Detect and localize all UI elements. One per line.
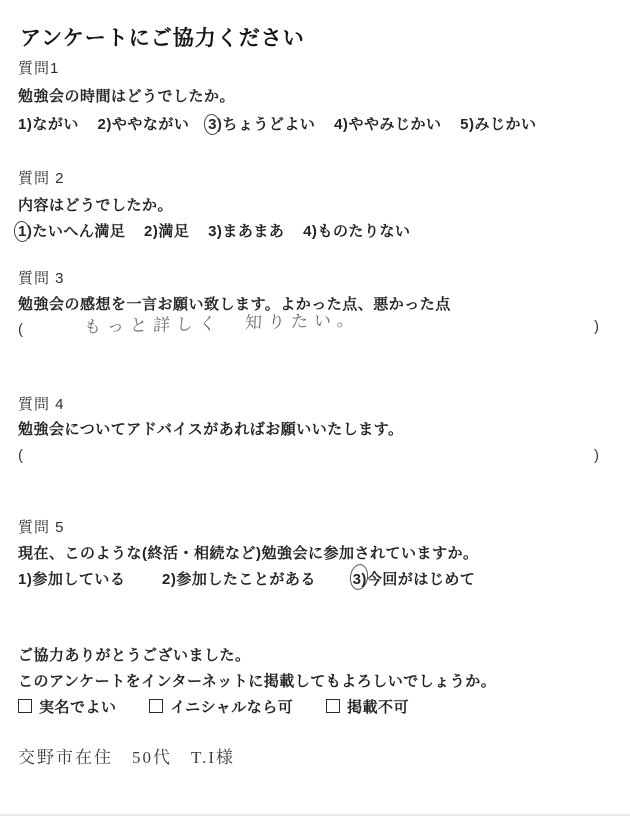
option-label: 満足 <box>158 223 189 240</box>
checkbox-label: 掲載不可 <box>347 699 409 716</box>
scan-edge-artifact <box>0 814 630 816</box>
q5-options: 1)参加している 2)参加したことがある 3)今回がはじめて <box>18 571 475 590</box>
option-number-circled: 3) <box>353 571 367 590</box>
option-label: 参加したことがある <box>176 571 316 588</box>
option-label: 参加している <box>32 571 125 588</box>
option-number: 2) <box>98 116 112 135</box>
publish-option-realname: 実名でよい <box>18 699 117 718</box>
q5-option-2: 2)参加したことがある <box>162 571 316 590</box>
open-paren: ( <box>18 321 24 338</box>
q5-label: 質問 5 <box>18 519 65 538</box>
option-label: ものたりない <box>317 223 410 240</box>
option-label: みじかい <box>474 116 536 133</box>
checkbox-icon <box>18 699 32 713</box>
publish-options: 実名でよい イニシャルなら可 掲載不可 <box>18 699 409 718</box>
option-number: 2) <box>144 223 158 242</box>
option-label: まあまあ <box>222 223 284 240</box>
q4-answer-row: ( ) <box>18 447 612 466</box>
option-number: 5) <box>460 116 474 135</box>
q2-option-1: 1)たいへん満足 <box>18 223 125 242</box>
q2-label: 質問 2 <box>18 170 65 189</box>
option-number: 1) <box>18 116 32 135</box>
checkbox-icon <box>326 699 340 713</box>
option-number: 4) <box>334 116 348 135</box>
q3-answer-row: ( もっと詳しく 知りたい。 ) <box>18 318 612 340</box>
q5-prompt: 現在、このような(終活・相続など)勉強会に参加されていますか。 <box>18 545 479 564</box>
option-number: 3) <box>208 223 222 242</box>
q2-option-4: 4)ものたりない <box>303 223 410 242</box>
option-label: ややみじかい <box>348 116 441 133</box>
publish-option-initials: イニシャルなら可 <box>149 699 293 718</box>
option-label: 今回がはじめて <box>367 571 476 588</box>
q1-label: 質問1 <box>18 60 59 79</box>
option-number-circled: 1) <box>18 223 32 242</box>
q5-option-1: 1)参加している <box>18 571 125 590</box>
q3-label: 質問 3 <box>18 270 65 289</box>
thanks-text: ご協力ありがとうございました。 <box>18 647 251 666</box>
option-number: 2) <box>162 571 176 590</box>
q2-options: 1)たいへん満足 2)満足 3)まあまあ 4)ものたりない <box>18 223 410 242</box>
scanned-questionnaire: アンケートにご協力ください 質問1 勉強会の時間はどうでしたか。 1)ながい 2… <box>0 0 630 820</box>
open-paren: ( <box>18 447 24 464</box>
respondent-signature: 交野市在住 50代 T.I様 <box>18 747 235 768</box>
q1-option-2: 2)ややながい <box>98 116 190 135</box>
q5-option-3: 3)今回がはじめて <box>353 571 476 590</box>
publish-option-nopublish: 掲載不可 <box>326 699 409 718</box>
checkbox-label: 実名でよい <box>39 699 117 716</box>
q2-option-3: 3)まあまあ <box>208 223 284 242</box>
option-label: ややながい <box>112 116 190 133</box>
checkbox-label: イニシャルなら可 <box>170 699 293 716</box>
q1-options: 1)ながい 2)ややながい 3)ちょうどよい 4)ややみじかい 5)みじかい <box>18 116 536 135</box>
close-paren: ) <box>594 318 600 337</box>
q2-prompt: 内容はどうでしたか。 <box>18 197 173 216</box>
option-label: ちょうどよい <box>222 116 315 133</box>
option-number: 4) <box>303 223 317 242</box>
q1-option-5: 5)みじかい <box>460 116 536 135</box>
checkbox-icon <box>149 699 163 713</box>
q2-option-2: 2)満足 <box>144 223 189 242</box>
publish-question: このアンケートをインターネットに掲載してもよろしいでしょうか。 <box>18 673 496 692</box>
close-paren: ) <box>594 447 600 466</box>
q1-option-4: 4)ややみじかい <box>334 116 441 135</box>
page-title: アンケートにご協力ください <box>20 26 305 52</box>
option-number-circled: 3) <box>208 116 222 135</box>
q1-option-1: 1)ながい <box>18 116 79 135</box>
q1-prompt: 勉強会の時間はどうでしたか。 <box>18 88 235 107</box>
q4-label: 質問 4 <box>18 396 65 415</box>
option-number: 1) <box>18 571 32 590</box>
option-label: たいへん満足 <box>32 223 125 240</box>
q4-prompt: 勉強会についてアドバイスがあればお願いいたします。 <box>18 421 404 440</box>
q1-option-3: 3)ちょうどよい <box>208 116 315 135</box>
option-label: ながい <box>32 116 79 133</box>
